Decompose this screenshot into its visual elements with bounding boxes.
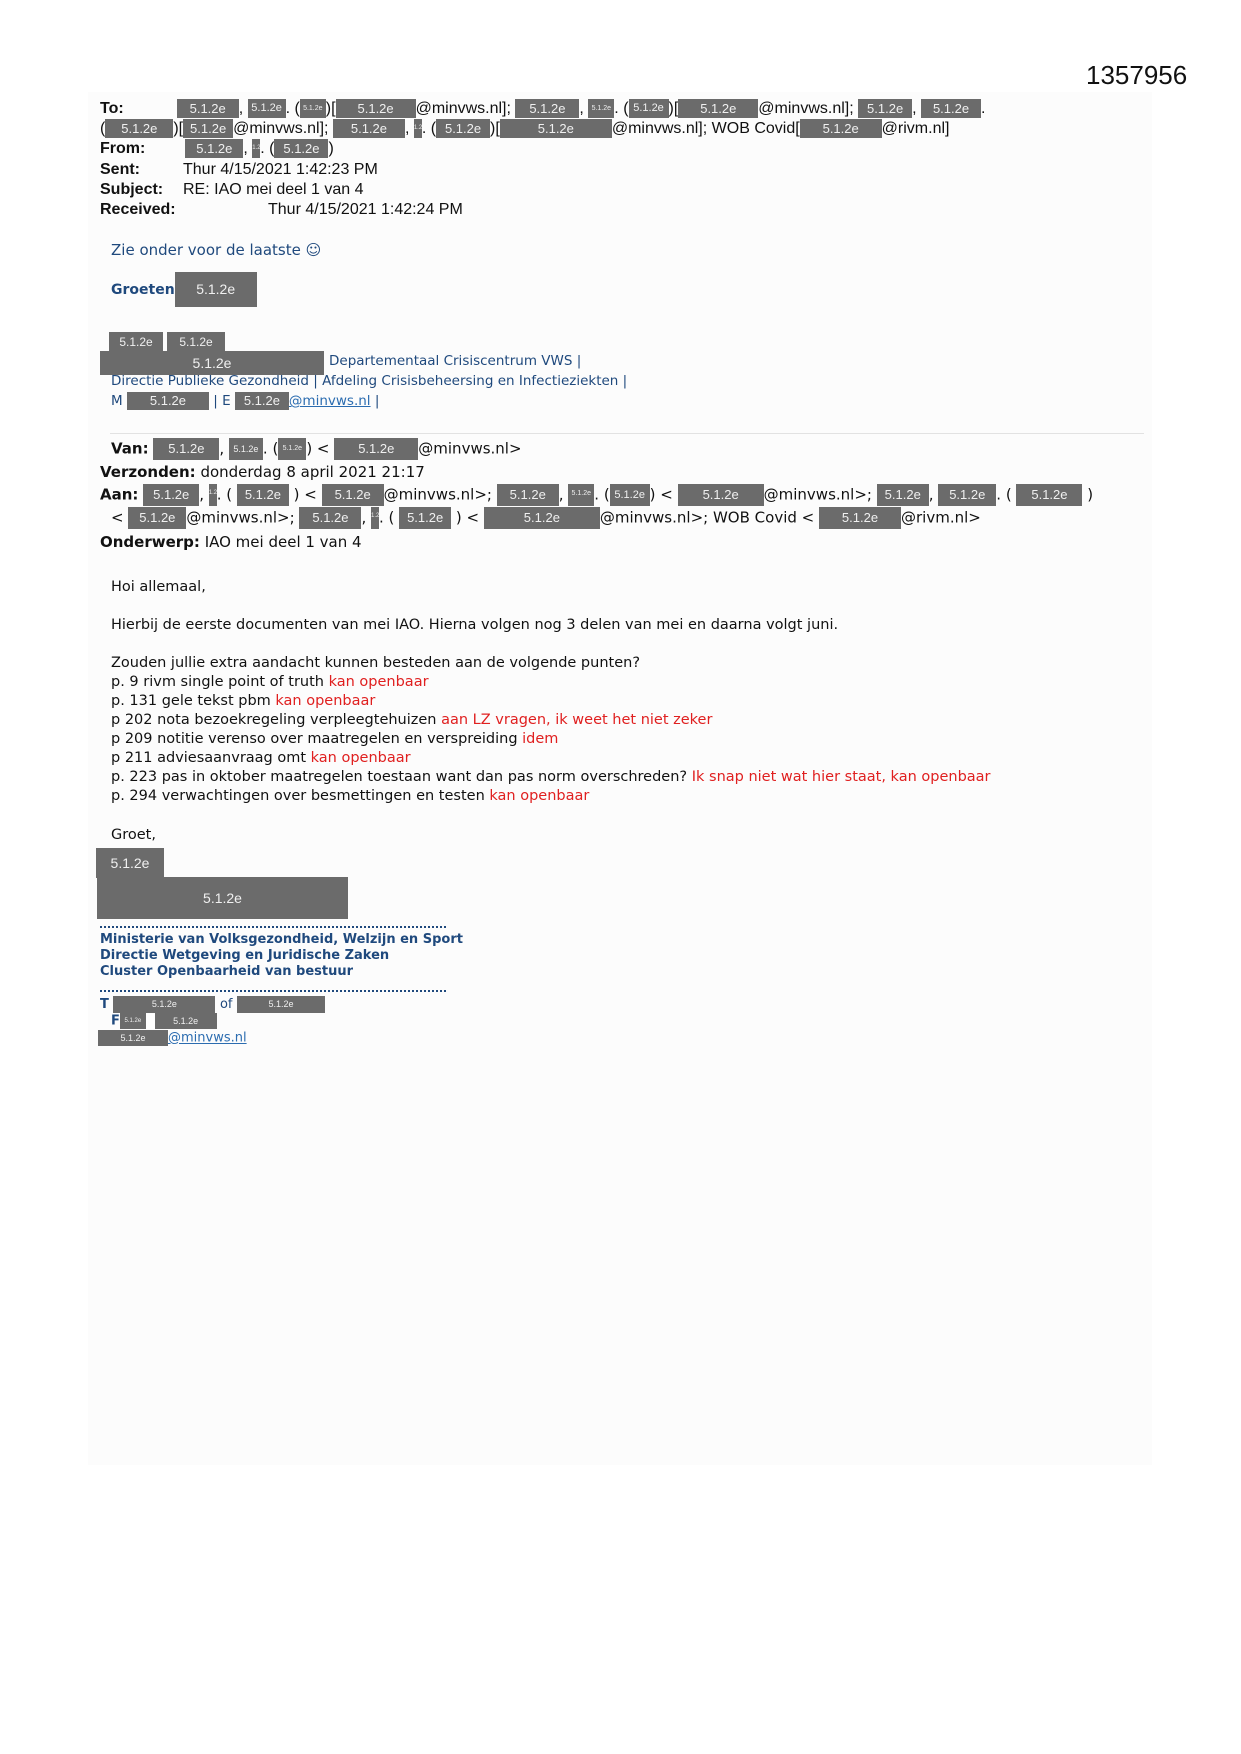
redaction: 5.1.2e bbox=[1016, 484, 1082, 506]
point-text: p. 131 gele tekst pbm bbox=[111, 693, 275, 709]
email-domain: @minvws.nl>; bbox=[600, 509, 708, 527]
redaction: 5.1.2e bbox=[97, 877, 348, 919]
email-domain: @minvws.nl>; bbox=[186, 509, 294, 527]
verzonden-label: Verzonden: bbox=[100, 463, 196, 481]
redaction: 5.1.2e bbox=[109, 332, 163, 352]
email-domain: @minvws.nl>; bbox=[384, 486, 492, 504]
point-text: p 202 nota bezoekregeling verpleegtehuiz… bbox=[111, 712, 441, 728]
sig-org-cluster: Cluster Openbaarheid van bestuur bbox=[100, 964, 353, 980]
redaction: 5.1.2e bbox=[800, 119, 882, 138]
redaction: 5.1.2e bbox=[497, 484, 559, 506]
redaction: 5.1.2e bbox=[143, 484, 199, 506]
list-item: p 202 nota bezoekregeling verpleegtehuiz… bbox=[111, 711, 991, 730]
original-aan-row-1: Aan: 5.1.2e, 1.2. ( 5.1.2e ) < 5.1.2e@mi… bbox=[100, 484, 1093, 506]
redaction: 5.1.2e bbox=[235, 392, 289, 410]
van-label: Van: bbox=[111, 440, 149, 458]
redaction: 5.1.2e bbox=[819, 507, 901, 529]
van-email-domain: @minvws.nl> bbox=[418, 440, 521, 458]
redaction: 5.1.2e bbox=[120, 1013, 146, 1029]
redaction: 5.1.2e bbox=[237, 996, 325, 1013]
redaction: 5.1.2e bbox=[128, 507, 186, 529]
redaction: 5.1.2e bbox=[334, 438, 418, 460]
point-note: Ik snap niet wat hier staat, kan openbaa… bbox=[692, 769, 991, 785]
from-label: From: bbox=[100, 140, 145, 157]
closing: Groet, bbox=[111, 826, 156, 845]
paragraph-intro: Hierbij de eerste documenten van mei IAO… bbox=[111, 616, 838, 635]
redaction: 1.2 bbox=[414, 119, 422, 138]
subject-label: Subject: bbox=[100, 181, 163, 198]
sig-fax-row: F5.1.2e-5.1.2e bbox=[111, 1013, 217, 1030]
redaction: 5.1.2e bbox=[938, 484, 996, 506]
redaction: 5.1.2e bbox=[185, 139, 243, 158]
or-label: of bbox=[220, 997, 233, 1012]
sig-phone-row: T 5.1.2e of 5.1.2e bbox=[100, 996, 325, 1013]
header-from-row: From:5.1.2e, 1.2. (5.1.2e) bbox=[100, 139, 334, 159]
message-separator bbox=[110, 433, 1144, 434]
wob-covid-label: WOB Covid[ bbox=[712, 120, 800, 137]
redaction: 5.1.2e bbox=[127, 392, 209, 410]
point-text: p. 294 verwachtingen over besmettingen e… bbox=[111, 788, 489, 804]
redaction: 5.1.2e bbox=[153, 438, 219, 460]
aan-label: Aan: bbox=[100, 486, 138, 504]
redaction: 5.1.2e bbox=[333, 119, 405, 138]
to-label: To: bbox=[100, 100, 124, 117]
redaction: 5.1.2e bbox=[588, 99, 614, 118]
salutation: Hoi allemaal, bbox=[111, 578, 206, 597]
redaction: 5.1.2e bbox=[183, 119, 233, 138]
redaction: 5.1.2e bbox=[877, 484, 929, 506]
redaction: 5.1.2e bbox=[629, 99, 669, 118]
point-text: p. 223 pas in oktober maatregelen toesta… bbox=[111, 769, 692, 785]
phone-label: M bbox=[111, 393, 123, 409]
redaction: 5.1.2e bbox=[229, 438, 263, 460]
point-text: p 209 notitie verenso over maatregelen e… bbox=[111, 731, 522, 747]
received-value: Thur 4/15/2021 1:42:24 PM bbox=[268, 200, 463, 220]
fax-label: F bbox=[111, 1014, 120, 1029]
redaction: 5.1.2e bbox=[336, 99, 416, 118]
redaction: 1.2 bbox=[209, 484, 217, 506]
reply-sig-dept: Departementaal Crisiscentrum VWS | bbox=[329, 351, 581, 371]
reply-sig-contact: M 5.1.2e | E 5.1.2e@minvws.nl | bbox=[111, 391, 379, 411]
original-aan-row-2: < 5.1.2e@minvws.nl>; 5.1.2e, 1.2. ( 5.1.… bbox=[111, 507, 981, 529]
signature-divider-top bbox=[100, 926, 446, 928]
list-item: p. 9 rivm single point of truth kan open… bbox=[111, 673, 991, 692]
wob-covid-label: WOB Covid < bbox=[713, 509, 814, 527]
reply-email-link[interactable]: @minvws.nl bbox=[289, 393, 371, 409]
point-text: p 211 adviesaanvraag omt bbox=[111, 750, 311, 766]
original-verzonden-row: Verzonden: donderdag 8 april 2021 21:17 bbox=[100, 462, 425, 482]
sent-label: Sent: bbox=[100, 161, 140, 178]
redaction: 5.1.2e bbox=[858, 99, 912, 118]
email-domain: @minvws.nl>; bbox=[764, 486, 872, 504]
sent-value: Thur 4/15/2021 1:42:23 PM bbox=[183, 160, 378, 180]
email-label: | E bbox=[213, 393, 230, 409]
separator-pipe: | bbox=[375, 393, 380, 409]
point-note: kan openbaar bbox=[489, 788, 589, 804]
list-item: p. 294 verwachtingen over besmettingen e… bbox=[111, 787, 991, 806]
redaction: 5.1.2e bbox=[399, 507, 451, 529]
onderwerp-value: IAO mei deel 1 van 4 bbox=[205, 533, 362, 551]
sig-email-link[interactable]: @minvws.nl bbox=[168, 1031, 247, 1046]
email-domain: @minvws.nl]; bbox=[612, 120, 707, 137]
question: Zouden jullie extra aandacht kunnen best… bbox=[111, 654, 640, 673]
redaction: 5.1.2e bbox=[610, 484, 650, 506]
redaction: 5.1.2e bbox=[155, 1013, 217, 1029]
header-to-row-2: (5.1.2e)[5.1.2e@minvws.nl]; 5.1.2e, 1.2.… bbox=[100, 119, 949, 139]
received-label: Received: bbox=[100, 201, 176, 218]
phone-label: T bbox=[100, 997, 109, 1012]
redaction: 5.1.2e bbox=[515, 99, 579, 118]
point-note: kan openbaar bbox=[311, 750, 411, 766]
email-domain-rivm: @rivm.nl] bbox=[882, 120, 950, 137]
dash: - bbox=[146, 1014, 155, 1029]
sig-org-ministry: Ministerie van Volksgezondheid, Welzijn … bbox=[100, 932, 463, 948]
list-item: p 211 adviesaanvraag omt kan openbaar bbox=[111, 749, 991, 768]
signature-divider-bottom bbox=[100, 990, 446, 992]
redaction: 1.2 bbox=[371, 507, 379, 529]
redaction: 5.1.2e bbox=[113, 996, 215, 1013]
email-domain: @minvws.nl]; bbox=[416, 100, 511, 117]
reply-greeting-row: Groeten5.1.2e bbox=[111, 272, 257, 307]
redaction: 5.1.2e bbox=[96, 848, 164, 878]
subject-value: RE: IAO mei deel 1 van 4 bbox=[183, 180, 364, 200]
sig-org-directorate: Directie Wetgeving en Juridische Zaken bbox=[100, 948, 389, 964]
redaction: 5.1.2e bbox=[248, 99, 286, 118]
original-onderwerp-row: Onderwerp: IAO mei deel 1 van 4 bbox=[100, 532, 362, 552]
header-to-row-1: To:5.1.2e, 5.1.2e. (5.1.2e)[5.1.2e@minvw… bbox=[100, 99, 985, 119]
redaction: 5.1.2e bbox=[500, 119, 612, 138]
reply-greeting: Groeten bbox=[111, 282, 175, 298]
redaction: 5.1.2e bbox=[678, 99, 758, 118]
reply-sig-line2: Directie Publieke Gezondheid | Afdeling … bbox=[111, 371, 627, 391]
point-note: kan openbaar bbox=[275, 693, 375, 709]
redaction: 5.1.2e bbox=[167, 332, 225, 352]
point-note: aan LZ vragen, ik weet het niet zeker bbox=[441, 712, 712, 728]
list-item: p. 131 gele tekst pbm kan openbaar bbox=[111, 692, 991, 711]
redaction: 5.1.2e bbox=[274, 139, 328, 158]
redaction: 5.1.2e bbox=[237, 484, 289, 506]
redaction: 5.1.2e bbox=[436, 119, 490, 138]
redaction: 5.1.2e bbox=[299, 507, 361, 529]
verzonden-value: donderdag 8 april 2021 21:17 bbox=[200, 463, 424, 481]
redaction: 5.1.2e bbox=[278, 438, 306, 460]
redaction: 5.1.2e bbox=[678, 484, 764, 506]
email-domain: @minvws.nl]; bbox=[233, 120, 328, 137]
header-subject-row: Subject:RE: IAO mei deel 1 van 4 bbox=[100, 180, 163, 200]
redaction: 5.1.2e bbox=[300, 99, 326, 118]
sig-email-row: 5.1.2e@minvws.nl bbox=[98, 1030, 247, 1047]
email-domain-rivm: @rivm.nl> bbox=[901, 509, 981, 527]
header-received-row: Received:Thur 4/15/2021 1:42:24 PM bbox=[100, 200, 176, 220]
point-note: idem bbox=[522, 731, 558, 747]
document-number: 1357956 bbox=[1086, 60, 1187, 91]
original-van-row: Van: 5.1.2e, 5.1.2e. (5.1.2e) < 5.1.2e@m… bbox=[111, 438, 522, 460]
email-domain: @minvws.nl]; bbox=[758, 100, 853, 117]
reply-intro: Zie onder voor de laatste ☺ bbox=[111, 240, 321, 260]
redaction: 5.1.2e bbox=[175, 272, 257, 307]
redaction: 5.1.2e bbox=[105, 119, 173, 138]
redaction: 5.1.2e bbox=[568, 484, 594, 506]
redaction: 5.1.2e bbox=[177, 99, 239, 118]
list-item: p. 223 pas in oktober maatregelen toesta… bbox=[111, 768, 991, 787]
redaction: 5.1.2e bbox=[98, 1030, 168, 1046]
onderwerp-label: Onderwerp: bbox=[100, 533, 200, 551]
redaction: 5.1.2e bbox=[322, 484, 384, 506]
redaction: 5.1.2e bbox=[921, 99, 981, 118]
redaction: 5.1.2e bbox=[484, 507, 600, 529]
point-note: kan openbaar bbox=[329, 674, 429, 690]
redaction: 1.2 bbox=[252, 139, 260, 158]
point-text: p. 9 rivm single point of truth bbox=[111, 674, 329, 690]
list-item: p 209 notitie verenso over maatregelen e… bbox=[111, 730, 991, 749]
header-sent-row: Sent:Thur 4/15/2021 1:42:23 PM bbox=[100, 160, 140, 180]
points-list: p. 9 rivm single point of truth kan open… bbox=[111, 673, 991, 806]
